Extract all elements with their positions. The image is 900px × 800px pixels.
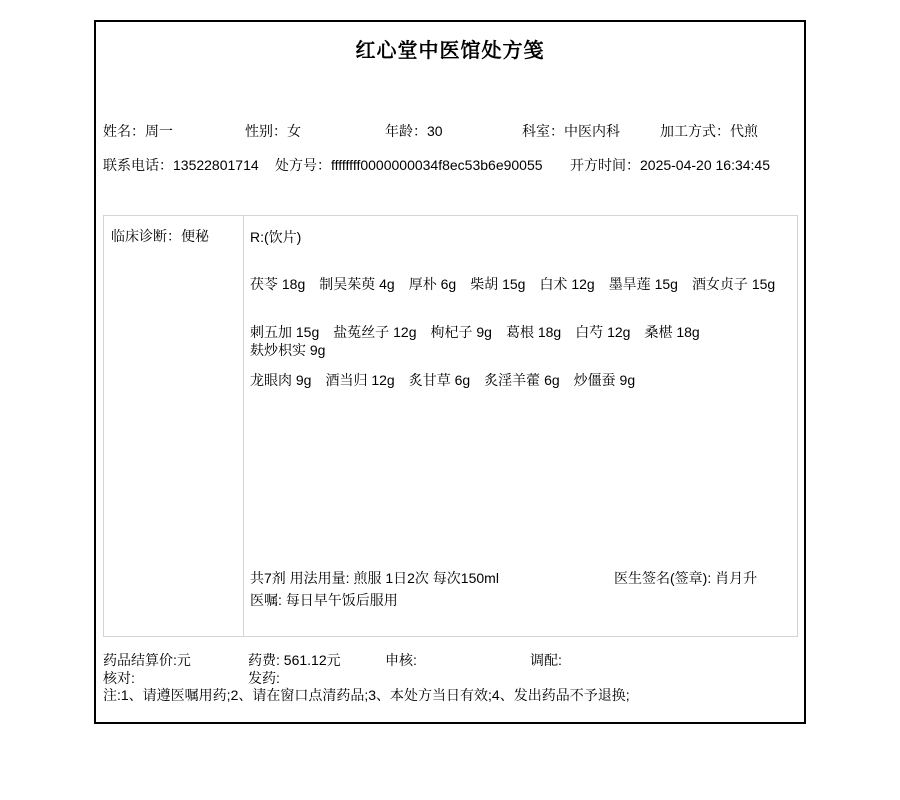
herb-item: 酒当归 12g: [325, 371, 394, 389]
issue-time-value: 2025-04-20 16:34:45: [640, 157, 770, 173]
phone-label: 联系电话：: [103, 157, 173, 173]
field-patient-gender: 性别：女: [245, 122, 301, 140]
field-medicine-fee: 药费: 561.12元: [248, 651, 341, 669]
herb-item: 白术 12g: [539, 275, 594, 293]
herb-item: 麸炒枳实 9g: [250, 341, 325, 359]
field-patient-age: 年龄：30: [385, 122, 443, 140]
field-patient-name: 姓名：周一: [103, 122, 173, 140]
diagnosis-value: 便秘: [181, 228, 209, 244]
prescription-sheet: 红心堂中医馆处方笺 姓名：周一 性别：女 年龄：30 科室：中医内科 加工方式：…: [94, 20, 806, 724]
herb-item: 炙甘草 6g: [409, 371, 470, 389]
herb-item: 制吴茱萸 4g: [319, 275, 394, 293]
field-department: 科室：中医内科: [522, 122, 620, 140]
phone-value: 13522801714: [173, 157, 259, 173]
herb-item: 炒僵蚕 9g: [574, 371, 635, 389]
prescription-table: 临床诊断：便秘 R:(饮片) 茯苓 18g制吴茱萸 4g厚朴 6g柴胡 15g白…: [103, 215, 798, 637]
rx-number-label: 处方号：: [275, 157, 331, 173]
department-value: 中医内科: [564, 123, 620, 139]
field-phone: 联系电话：13522801714: [103, 156, 259, 174]
doctor-signature-label: 医生签名(签章):: [614, 570, 715, 586]
medicine-fee-value: 561.12元: [284, 652, 341, 668]
medicine-fee-label: 药费:: [248, 652, 284, 668]
field-settlement-price: 药品结算价:元: [103, 651, 191, 669]
herb-item: 枸杞子 9g: [431, 323, 492, 341]
field-dispense: 发药:: [248, 669, 280, 687]
herb-item: 厚朴 6g: [409, 275, 456, 293]
herb-item: 葛根 18g: [506, 323, 561, 341]
field-issue-time: 开方时间：2025-04-20 16:34:45: [570, 156, 770, 174]
patient-name-label: 姓名：: [103, 123, 145, 139]
diagnosis-label: 临床诊断：: [111, 228, 181, 244]
issue-time-label: 开方时间：: [570, 157, 640, 173]
doctor-signature-value: 肖月升: [715, 570, 757, 586]
herb-item: 龙眼肉 9g: [250, 371, 311, 389]
herb-item: 茯苓 18g: [250, 275, 305, 293]
herb-row: 茯苓 18g制吴茱萸 4g厚朴 6g柴胡 15g白术 12g墨旱莲 15g酒女贞…: [250, 275, 793, 323]
field-rx-number: 处方号：ffffffff0000000034f8ec53b6e90055: [275, 156, 543, 174]
herb-rows: 茯苓 18g制吴茱萸 4g厚朴 6g柴胡 15g白术 12g墨旱莲 15g酒女贞…: [250, 275, 793, 419]
herb-item: 白芍 12g: [575, 323, 630, 341]
page-title: 红心堂中医馆处方笺: [96, 34, 804, 63]
herb-item: 墨旱莲 15g: [609, 275, 678, 293]
processing-method-label: 加工方式：: [660, 123, 730, 139]
usage-block: 共7剂 用法用量: 煎服 1日2次 每次150ml 医嘱: 每日早午饭后服用: [250, 567, 417, 611]
usage-line: 共7剂 用法用量: 煎服 1日2次 每次150ml: [250, 567, 417, 589]
rx-number-value: ffffffff0000000034f8ec53b6e90055: [331, 157, 543, 173]
footer-notes: 注:1、请遵医嘱用药;2、请在窗口点清药品;3、本处方当日有效;4、发出药品不予…: [103, 686, 797, 705]
settlement-price-value: 元: [177, 652, 191, 668]
field-check: 核对:: [103, 669, 135, 687]
settlement-price-label: 药品结算价:: [103, 652, 177, 668]
herb-item: 炙淫羊藿 6g: [484, 371, 559, 389]
field-compound: 调配:: [530, 651, 562, 669]
department-label: 科室：: [522, 123, 564, 139]
patient-age-value: 30: [427, 123, 443, 139]
page-background: { "page": { "title": "红心堂中医馆处方笺" }, "pat…: [0, 0, 900, 800]
patient-gender-label: 性别：: [245, 123, 287, 139]
field-review: 申核:: [385, 651, 417, 669]
patient-name-value: 周一: [145, 123, 173, 139]
rx-header: R:(饮片): [250, 227, 301, 247]
herb-row: 刺五加 15g盐菟丝子 12g枸杞子 9g葛根 18g白芍 12g桑椹 18g麸…: [250, 323, 793, 371]
patient-age-label: 年龄：: [385, 123, 427, 139]
herb-item: 酒女贞子 15g: [692, 275, 775, 293]
processing-method-value: 代煎: [730, 123, 758, 139]
herb-row: 龙眼肉 9g酒当归 12g炙甘草 6g炙淫羊藿 6g炒僵蚕 9g: [250, 371, 793, 419]
advice-line: 医嘱: 每日早午饭后服用: [250, 589, 417, 611]
herb-item: 柴胡 15g: [470, 275, 525, 293]
field-processing-method: 加工方式：代煎: [660, 122, 758, 140]
herb-item: 桑椹 18g: [644, 323, 699, 341]
herb-item: 盐菟丝子 12g: [333, 323, 416, 341]
herb-item: 刺五加 15g: [250, 323, 319, 341]
rx-cell: R:(饮片) 茯苓 18g制吴茱萸 4g厚朴 6g柴胡 15g白术 12g墨旱莲…: [244, 216, 797, 636]
doctor-signature: 医生签名(签章): 肖月升: [614, 567, 757, 589]
patient-gender-value: 女: [287, 123, 301, 139]
diagnosis-cell: 临床诊断：便秘: [104, 216, 244, 636]
